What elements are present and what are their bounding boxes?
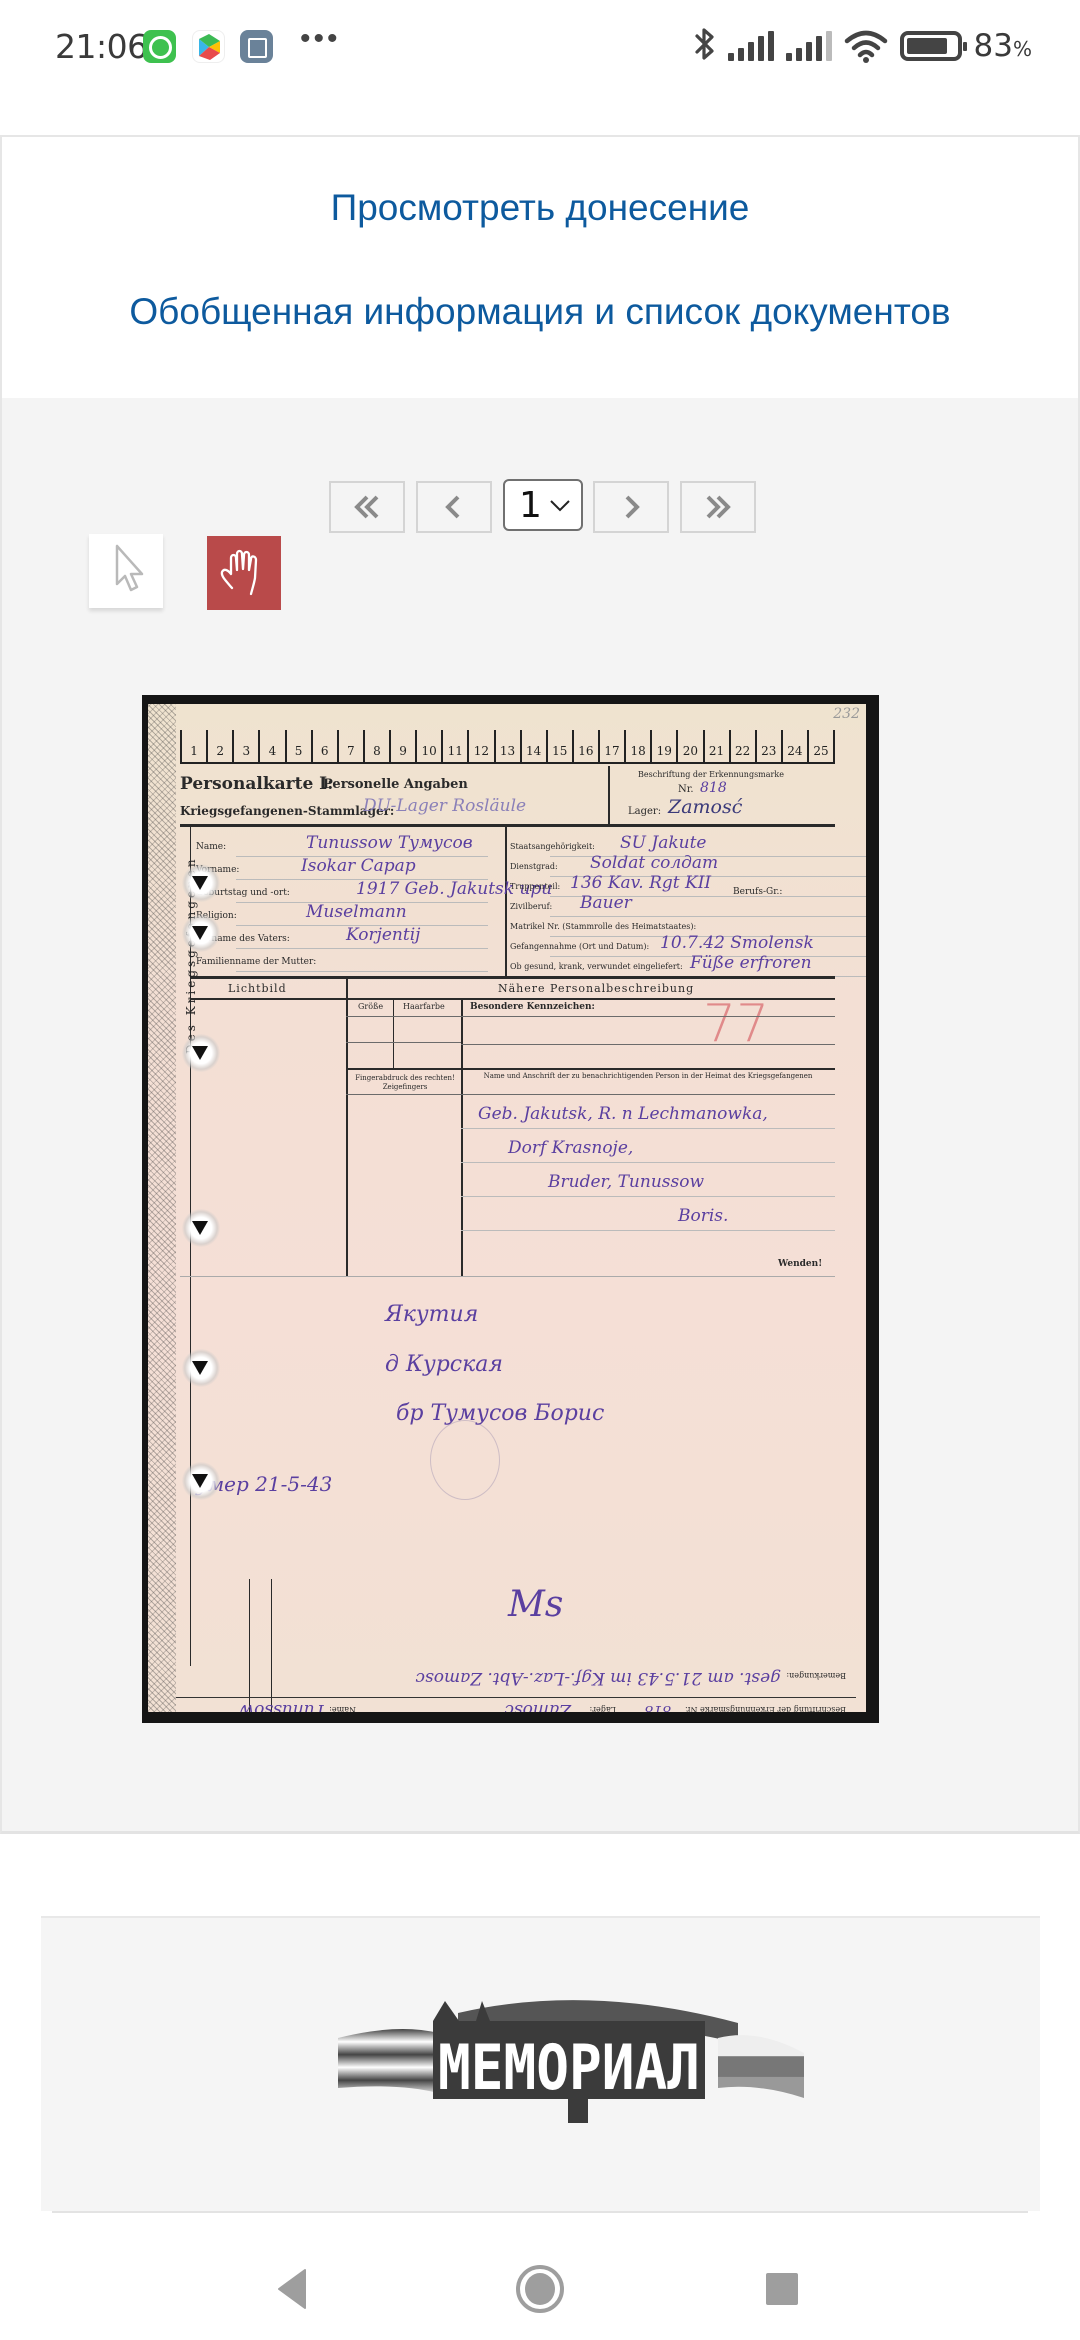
- cursor-arrow-icon: [89, 534, 163, 608]
- nr-value: 818: [700, 780, 727, 796]
- field-label: Truppenteil:: [510, 882, 560, 891]
- ruler-number: 14: [520, 730, 546, 762]
- status-indicators: 83%: [694, 26, 1032, 66]
- home-circle-icon: [514, 2263, 566, 2315]
- ruler-number: 8: [363, 730, 389, 762]
- document-viewer: 1 12345678910111213141516171819202122232…: [0, 398, 1080, 1834]
- page-select[interactable]: 1: [503, 479, 583, 531]
- field-label: Dienstgrad:: [510, 862, 558, 871]
- fingerprint-label: Fingerabdruck des rechten! Zeigefingers: [353, 1074, 457, 1092]
- ruler-number: 18: [624, 730, 650, 762]
- punch-hole: [182, 1209, 220, 1247]
- previous-page-button[interactable]: [416, 481, 492, 533]
- lager-value: Zamosć: [668, 796, 742, 818]
- ruler-number: 3: [232, 730, 258, 762]
- ruler-number: 13: [494, 730, 520, 762]
- nr-label: Nr.: [678, 784, 694, 795]
- battery-level: [907, 38, 947, 54]
- signal-sim2-icon: [786, 31, 832, 61]
- field-value: 136 Kav. Rgt KII: [570, 873, 711, 893]
- gallery-icon: [240, 30, 273, 63]
- field-label: Name:: [196, 842, 226, 852]
- punch-hole: [182, 1462, 220, 1500]
- note-line-3: бр Тумусов Борис: [396, 1401, 604, 1426]
- field-value: Korjentij: [346, 925, 420, 945]
- ruler-number: 12: [467, 730, 493, 762]
- field-value: Muselmann: [306, 902, 407, 922]
- contact-line: Bruder, Tunussow: [548, 1172, 704, 1192]
- ruler-number: 1: [180, 730, 206, 762]
- field-value: 10.7.42 Smolensk: [660, 933, 814, 953]
- field-value: Füße erfroren: [690, 953, 812, 973]
- first-page-button[interactable]: [329, 481, 405, 533]
- pointer-tool-button[interactable]: [89, 534, 163, 608]
- faded-stamp: [430, 1420, 500, 1500]
- note-line-2: д Курская: [385, 1352, 503, 1377]
- status-bar: 21:06 ••• 83%: [0, 0, 1080, 92]
- home-button[interactable]: [505, 2254, 575, 2324]
- field-label: Staatsangehörigkeit:: [510, 842, 595, 851]
- ruler-number: 20: [676, 730, 702, 762]
- signature: Ms: [508, 1584, 563, 1625]
- marks-label: Besondere Kennzeichen:: [470, 1002, 595, 1012]
- stammlager-value: DU-Lager Rosläule: [363, 796, 526, 816]
- battery-icon: [900, 31, 962, 61]
- ruler-number: 21: [703, 730, 729, 762]
- next-page-button[interactable]: [593, 481, 669, 533]
- ruler-number: 11: [441, 730, 467, 762]
- field-value: Isokar Сарар: [301, 856, 416, 876]
- field-value: SU Jakute: [620, 833, 706, 853]
- bottom-tag-value: 818: [644, 1702, 671, 1712]
- description-label: Nähere Personalbeschreibung: [498, 982, 694, 995]
- corner-number: 232: [833, 706, 860, 722]
- field-label: Gefangennahme (Ort und Datum):: [510, 942, 649, 951]
- ruler-number: 15: [546, 730, 572, 762]
- ruler-number: 10: [415, 730, 441, 762]
- field-label: Ob gesund, krank, verwundet eingeliefert…: [510, 962, 683, 971]
- view-report-link[interactable]: Просмотреть донесение: [2, 187, 1078, 229]
- card-subtitle: Personelle Angaben: [323, 777, 468, 792]
- tag-caption: Beschriftung der Erkennungsmarke: [638, 770, 784, 779]
- punch-hole: [182, 864, 220, 902]
- ruler-number: 6: [311, 730, 337, 762]
- system-navigation-bar: [0, 2232, 1080, 2340]
- more-notifications-icon: •••: [300, 22, 341, 56]
- ruler-number: 2: [206, 730, 232, 762]
- ruler-number: 9: [389, 730, 415, 762]
- card-title: Personalkarte I:: [180, 774, 333, 794]
- ruler-number: 22: [729, 730, 755, 762]
- chevron-left-icon: [434, 492, 474, 522]
- punch-hole: [182, 1349, 220, 1387]
- ruler-number: 17: [598, 730, 624, 762]
- ruler-number: 19: [650, 730, 676, 762]
- svg-text:МЕМОРИАЛ: МЕМОРИАЛ: [438, 2031, 700, 2104]
- current-page-value: 1: [519, 485, 542, 526]
- memorial-logo[interactable]: МЕМОРИАЛ: [338, 1983, 804, 2125]
- remarks-value: gest. am 21.5.43 im Kgf.-Laz.-Abt. Zamos…: [415, 1668, 781, 1688]
- double-chevron-right-icon: [698, 492, 738, 522]
- berufs-label: Berufs-Gr.:: [733, 887, 782, 897]
- bottom-name-value: Tunussow: [240, 1700, 326, 1712]
- field-label: Familienname der Mutter:: [196, 957, 316, 967]
- bottom-name-label: Name:: [329, 1705, 356, 1712]
- bottom-lager-value: Zamosć: [504, 1700, 571, 1712]
- footer: МЕМОРИАЛ: [41, 1916, 1040, 2211]
- prisoner-card: 1234567891011121314151617181920212223242…: [148, 704, 866, 1712]
- recents-square-icon: [762, 2269, 802, 2309]
- field-label: Zivilberuf:: [510, 902, 552, 911]
- google-play-services-icon: [192, 30, 225, 63]
- last-page-button[interactable]: [680, 481, 756, 533]
- height-label: Größe: [358, 1002, 383, 1011]
- field-value: Soldat солдат: [590, 853, 718, 873]
- hand-grab-icon: [207, 536, 281, 610]
- punch-hole: [182, 1034, 220, 1072]
- ruler-number: 7: [337, 730, 363, 762]
- hair-label: Haarfarbe: [403, 1002, 445, 1011]
- bluetooth-icon: [694, 26, 716, 67]
- page-navigation: 1: [2, 481, 1078, 533]
- chevron-right-icon: [611, 492, 651, 522]
- document-links-card: Просмотреть донесение Обобщенная информа…: [0, 135, 1080, 399]
- double-chevron-left-icon: [347, 492, 387, 522]
- contact-line: Geb. Jakutsk, R. n Lechmanowka,: [478, 1104, 768, 1124]
- field-value: Bauer: [580, 893, 632, 913]
- contact-line: Boris.: [678, 1206, 728, 1226]
- bottom-tag-label: Beschriftung der Erkennungsmarke Nr.: [685, 1705, 846, 1712]
- bottom-lager-label: Lager:: [590, 1705, 616, 1712]
- recents-button[interactable]: [747, 2254, 817, 2324]
- lager-label: Lager:: [628, 806, 661, 817]
- contact-label: Name und Anschrift der zu benachrichtige…: [478, 1072, 818, 1081]
- summary-and-documents-link[interactable]: Обобщенная информация и список документо…: [2, 291, 1078, 333]
- ruler-number: 23: [755, 730, 781, 762]
- ruler-number: 4: [258, 730, 284, 762]
- photo-label: Lichtbild: [228, 982, 287, 995]
- field-label: Matrikel Nr. (Stammrolle des Heimatstaat…: [510, 922, 696, 931]
- back-button[interactable]: [258, 2254, 328, 2324]
- remarks-label: Bemerkungen:: [786, 1671, 846, 1680]
- back-triangle-icon: [273, 2264, 313, 2314]
- status-time: 21:06: [55, 27, 148, 66]
- field-value: Tunussow Тумусов: [306, 833, 473, 853]
- chevron-down-icon: [549, 499, 571, 513]
- battery-percent: 83%: [974, 28, 1032, 64]
- ruler-number: 24: [781, 730, 807, 762]
- signal-sim1-icon: [728, 31, 774, 61]
- red-mark: 77: [703, 994, 769, 1054]
- turn-over-label: Wenden!: [778, 1259, 822, 1269]
- contact-line: Dorf Krasnoje,: [508, 1138, 633, 1158]
- punch-hole: [182, 914, 220, 952]
- upside-down-section: Beschriftung der Erkennungsmarke Nr. 818…: [166, 1654, 856, 1712]
- ruler-number: 25: [807, 730, 835, 762]
- document-scan-image[interactable]: 1234567891011121314151617181920212223242…: [142, 695, 879, 1723]
- hand-tool-button[interactable]: [207, 536, 281, 610]
- whatsapp-icon: [143, 30, 176, 63]
- number-ruler: 1234567891011121314151617181920212223242…: [180, 730, 835, 764]
- ruler-number: 5: [285, 730, 311, 762]
- wifi-icon: [844, 29, 888, 63]
- note-line-1: Якутия: [385, 1302, 478, 1327]
- ruler-number: 16: [572, 730, 598, 762]
